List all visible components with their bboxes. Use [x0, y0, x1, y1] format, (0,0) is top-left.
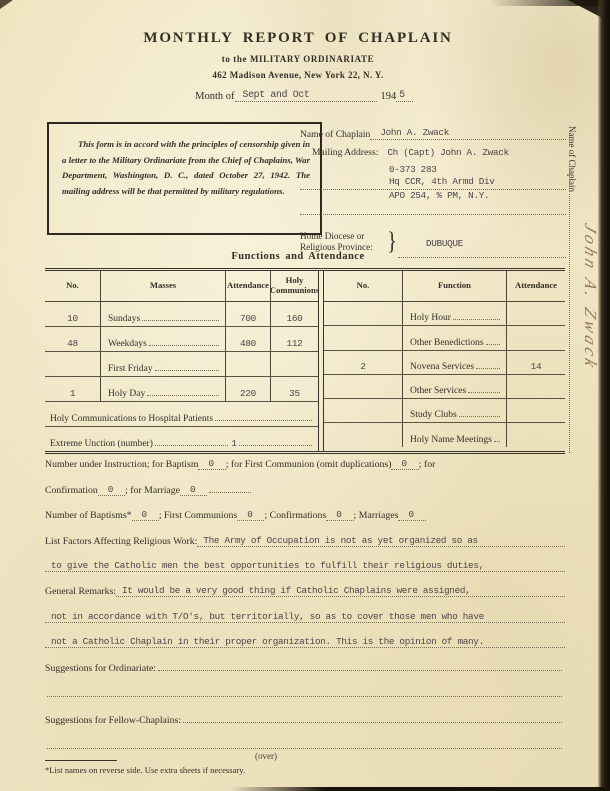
cell-no: [324, 375, 403, 398]
cell-label: Weekdays: [101, 327, 226, 351]
functions-attendance-table: No. Masses Attendance Holy Communions 10…: [45, 268, 565, 454]
cell-no: [324, 326, 403, 349]
table-right-half: No. Function Attendance Holy Hour Other …: [324, 271, 565, 451]
blank-dotted-line: [45, 676, 565, 702]
censorship-notice-box: This form is in accord with the principl…: [47, 122, 322, 235]
leader-dots: [155, 370, 219, 371]
mailing-address-field: Mailing Address: Ch (Capt) John A. Zwack: [300, 142, 566, 164]
cell-no: [324, 423, 403, 446]
scan-edge-bottom: [230, 787, 610, 791]
cell-label: Study Clubs: [403, 399, 507, 422]
remarks-line-2: not in accordance with T/O's, but territ…: [45, 599, 565, 624]
mailing-label: Mailing Address:: [300, 147, 378, 158]
remarks-line-3: not a Catholic Chaplain in their proper …: [45, 625, 565, 650]
address-line: 462 Madison Avenue, New York 22, N. Y.: [0, 70, 596, 80]
diocese-label-line1: Home Diocese or: [300, 231, 386, 243]
leader-dots: [468, 392, 500, 393]
leader-dots: [453, 319, 500, 320]
leader-dots: [158, 670, 562, 671]
mailing-line-4-row: APO 254, % PM, N.Y.: [300, 190, 566, 202]
table-row-holy-name-meetings: Holy Name Meetings: [324, 423, 565, 446]
cell-label: Sundays: [101, 302, 226, 326]
form-body-text: Number under Instruction; for Baptism 0 …: [45, 447, 565, 775]
cell-communions: 35: [271, 377, 318, 401]
table-row-holy-hour: Holy Hour: [324, 302, 565, 326]
cell-label: Holy Hour: [403, 302, 507, 325]
leader-dots: [47, 696, 562, 697]
leader-dots: [183, 722, 562, 723]
table-row-first-friday: First Friday: [45, 352, 318, 377]
cell-no: 1: [45, 377, 101, 401]
remarks-text-2: not in accordance with T/O's, but territ…: [45, 611, 565, 623]
table-left-header-row: No. Masses Attendance Holy Communions: [45, 271, 318, 302]
table-row-sundays: 10 Sundays 700 160: [45, 302, 318, 327]
cell-no: 2: [324, 351, 403, 374]
org-line: to the MILITARY ORDINARIATE: [0, 54, 596, 64]
form-title: MONTHLY REPORT OF CHAPLAIN: [0, 30, 596, 47]
table-title: Functions and Attendance: [0, 251, 596, 262]
form-header: MONTHLY REPORT OF CHAPLAIN to the MILITA…: [0, 30, 596, 104]
header-cell-attendance: Attendance: [507, 271, 565, 301]
name-of-chaplain-field: Name of Chaplain John A. Zwack: [300, 121, 566, 142]
remarks-text-1: It would be a very good thing if Catholi…: [116, 585, 565, 597]
baptisms-value: 0: [132, 509, 159, 521]
cell-attendance: [507, 326, 565, 349]
month-line: Month of Sept and Oct 194 5: [195, 89, 413, 102]
marriages-value: 0: [398, 509, 425, 521]
cell-attendance: [226, 352, 271, 376]
cell-communions: 160: [271, 302, 318, 326]
cell-attendance: 14: [507, 351, 565, 374]
cell-label: Novena Services: [403, 351, 507, 374]
header-cell-attendance: Attendance: [226, 271, 271, 301]
instruction-first-communion-value: 0: [391, 458, 418, 470]
cell-communions: 112: [271, 327, 318, 351]
leader-dots: [494, 441, 500, 442]
table-row-other-services: Other Services: [324, 375, 565, 399]
margin-leader-line: [569, 194, 570, 453]
scanned-form-page: MONTHLY REPORT OF CHAPLAIN to the MILITA…: [0, 0, 610, 791]
cell-label: Other Benedictions: [403, 326, 507, 349]
cell-attendance: 700: [226, 302, 271, 326]
leader-dots: [142, 320, 219, 321]
instruction-confirmation-value: 0: [98, 484, 125, 496]
remarks-line-1: General Remarks: It would be a very good…: [45, 574, 565, 599]
table-left-half: No. Masses Attendance Holy Communions 10…: [45, 271, 318, 451]
footnote-text: *List names on reverse side. Use extra s…: [45, 765, 565, 775]
factors-text-2: to give the Catholic men the best opport…: [45, 560, 565, 572]
leader-dots: [459, 416, 500, 417]
instruction-line-2: Confirmation 0 ; for Marriage 0: [45, 472, 565, 497]
name-label: Name of Chaplain: [300, 129, 370, 140]
mailing-line-1: Ch (Capt) John A. Zwack: [387, 147, 508, 158]
cell-label: Holy Name Meetings: [403, 423, 507, 446]
cell-label: First Friday: [101, 352, 226, 376]
factors-text-1: The Army of Occupation is not as yet org…: [197, 535, 565, 547]
cell-no: [324, 302, 403, 325]
scan-corner-top-left: [0, 0, 13, 9]
factors-line-1: List Factors Affecting Religious Work: T…: [45, 523, 565, 548]
leader-dots: [486, 344, 500, 345]
cell-label: Holy Day: [101, 377, 226, 401]
margin-name-label: Name of Chaplain: [567, 126, 577, 192]
instruction-line-1: Number under Instruction; for Baptism 0 …: [45, 447, 565, 472]
cell-no: 48: [45, 327, 101, 351]
cell-attendance: [507, 375, 565, 398]
leader-dots: [47, 748, 562, 749]
header-cell-function: Function: [403, 271, 507, 301]
cell-attendance: [507, 302, 565, 325]
factors-line-2: to give the Catholic men the best opport…: [45, 549, 565, 574]
footnote-block: *List names on reverse side. Use extra s…: [45, 760, 565, 775]
confirmations-value: 0: [326, 509, 353, 521]
year-prefix: 194: [381, 91, 397, 102]
mailing-line-4: APO 254, % PM, N.Y.: [389, 190, 489, 201]
mailing-line-3-row: Hq CCR, 4th Armd Div: [300, 176, 566, 190]
first-communions-value: 0: [237, 509, 264, 521]
leader-dots: [476, 368, 500, 369]
mailing-line-2: 0-373 283: [389, 164, 437, 175]
instruction-marriage-value: 0: [180, 484, 207, 496]
table-right-header-row: No. Function Attendance: [324, 271, 565, 302]
header-cell-masses: Masses: [101, 271, 226, 301]
leader-dots: [209, 492, 251, 493]
mailing-line-3: Hq CCR, 4th Armd Div: [389, 176, 495, 187]
header-cell-no: No.: [324, 271, 403, 301]
cell-no: [324, 399, 403, 422]
suggestions-fellow-chaplains-line: Suggestions for Fellow-Chaplains:: [45, 702, 565, 728]
instruction-baptism-value: 0: [198, 458, 225, 470]
table-row-novena-services: 2 Novena Services 14: [324, 351, 565, 375]
cell-attendance: 480: [226, 327, 271, 351]
month-value: Sept and Oct: [235, 89, 377, 102]
table-row-hospital-communions: Holy Communications to Hospital Patients: [45, 402, 318, 427]
counts-line: Number of Baptisms* 0 ; First Communions…: [45, 498, 565, 523]
cell-attendance: [507, 399, 565, 422]
name-value: John A. Zwack: [380, 127, 449, 138]
cell-label: Other Services: [403, 375, 507, 398]
header-cell-no: No.: [45, 271, 101, 301]
diocese-brace: }: [387, 231, 397, 254]
name-value-line: John A. Zwack: [370, 127, 566, 140]
leader-dots: [239, 445, 312, 446]
chaplain-fields: Name of Chaplain John A. Zwack Mailing A…: [300, 121, 566, 258]
header-cell-holy-communions: Holy Communions: [271, 271, 318, 301]
cell-communions: [271, 352, 318, 376]
table-row-other-benedictions: Other Benedictions: [324, 326, 565, 350]
year-value: 5: [396, 89, 413, 102]
over-label: (over): [0, 751, 564, 761]
remarks-text-3: not a Catholic Chaplain in their proper …: [45, 636, 565, 648]
suggestions-ordinariate-line: Suggestions for Ordinariate:: [45, 650, 565, 676]
diocese-value: DUBUQUE: [426, 238, 463, 249]
leader-dots: [215, 420, 312, 421]
table-row-weekdays: 48 Weekdays 480 112: [45, 327, 318, 352]
cell-attendance: [507, 423, 565, 446]
leader-dots: [147, 395, 219, 396]
table-row-holy-day: 1 Holy Day 220 35: [45, 377, 318, 402]
cell-attendance: 220: [226, 377, 271, 401]
month-label: Month of: [195, 91, 234, 102]
leader-dots: [155, 445, 228, 446]
mailing-line-2-row: 0-373 283: [300, 164, 566, 176]
mailing-rule: [300, 201, 566, 215]
table-row-study-clubs: Study Clubs: [324, 399, 565, 423]
cell-no: 10: [45, 302, 101, 326]
leader-dots: [149, 345, 219, 346]
scan-edge-right: [598, 0, 610, 791]
cell-no: [45, 352, 101, 376]
